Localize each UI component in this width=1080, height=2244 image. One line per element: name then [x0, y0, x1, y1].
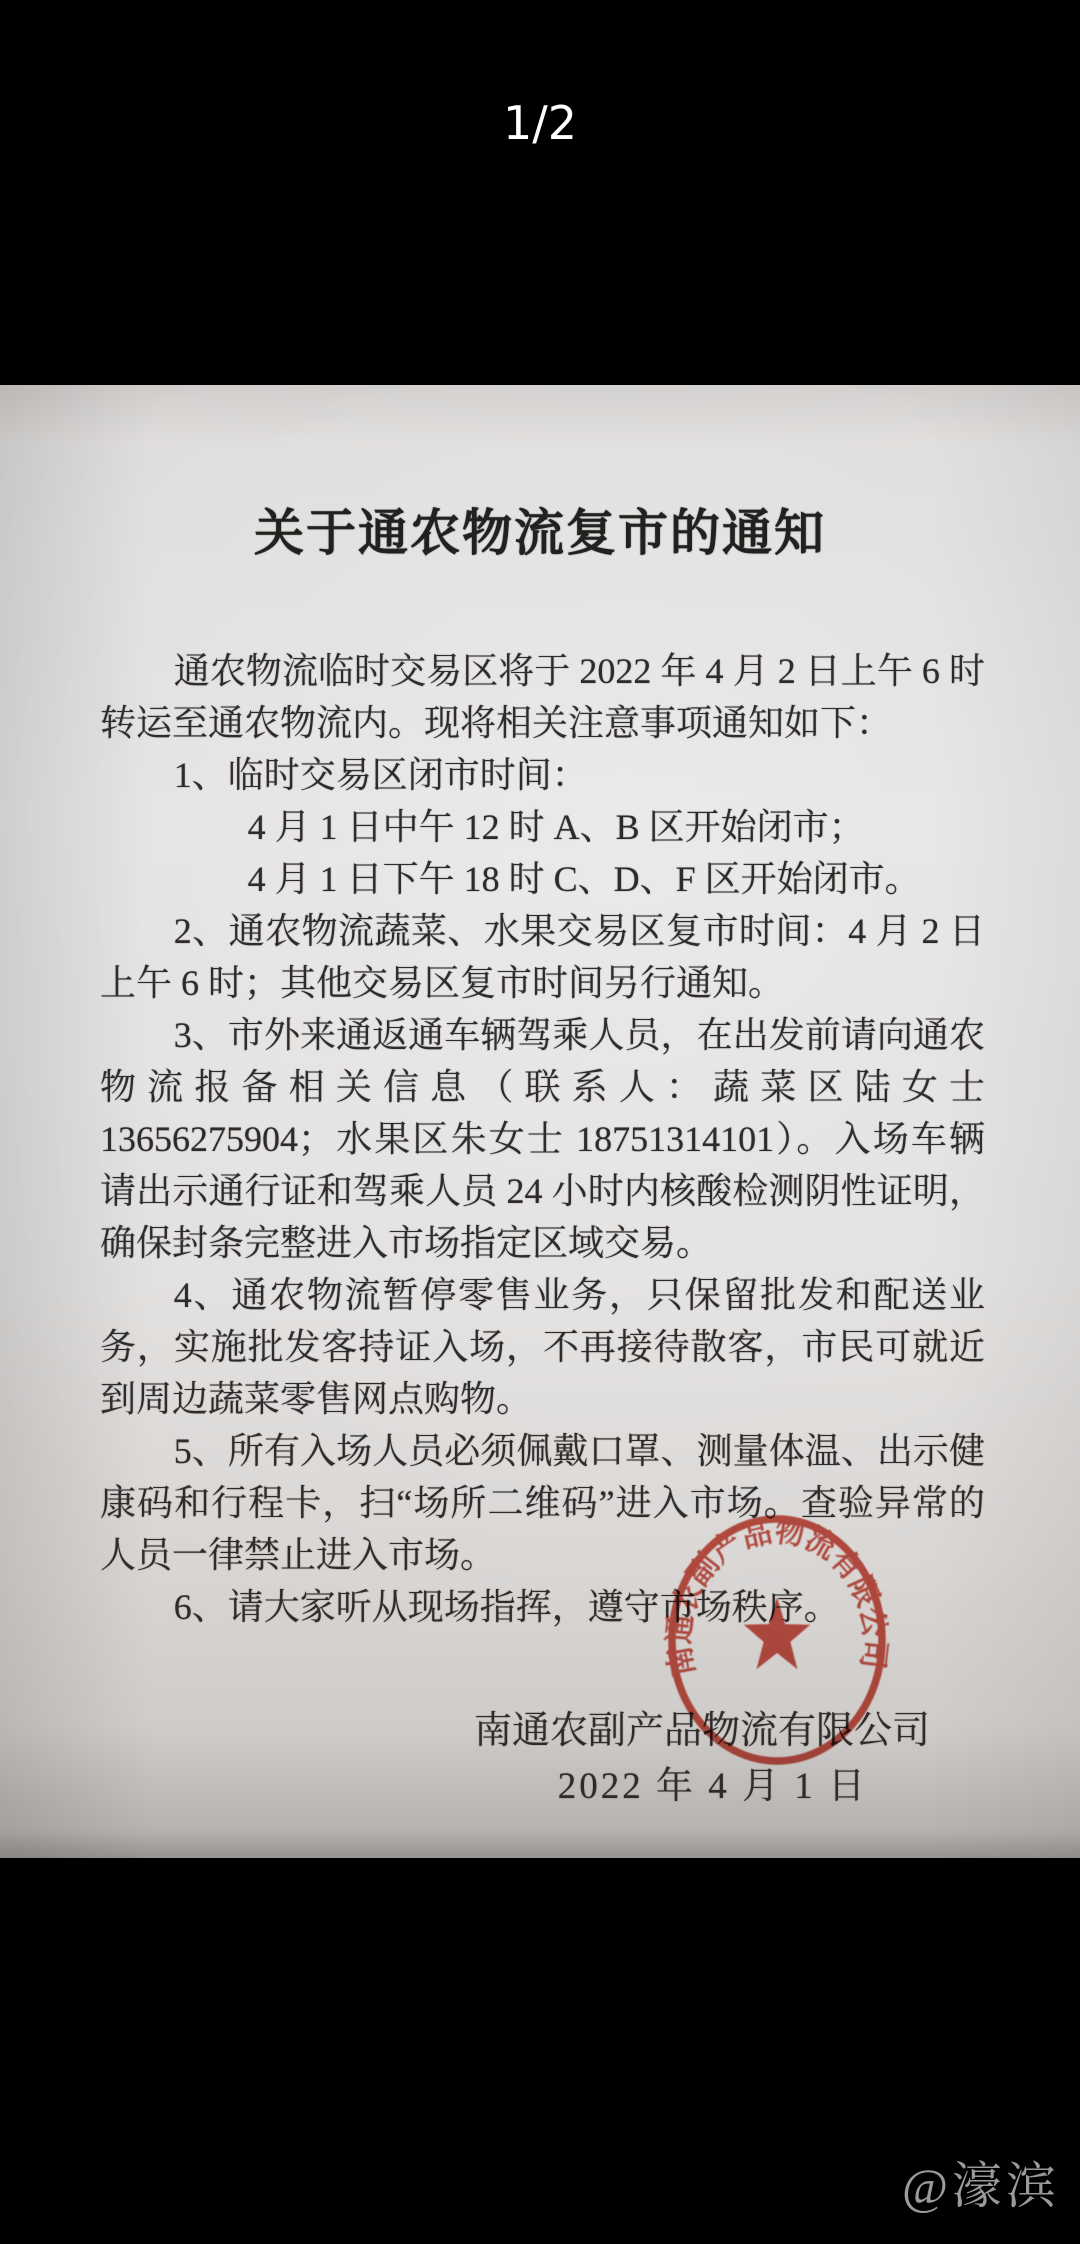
document-photo[interactable]: 关于通农物流复市的通知 通农物流临时交易区将于 2022 年 4 月 2 日上午… [0, 385, 1080, 1858]
notice-date: 2022 年 4 月 1 日 [0, 1761, 1080, 1813]
notice-paragraph: 4、通农物流暂停零售业务，只保留批发和配送业务，实施批发客持证入场，不再接待散客… [100, 1269, 985, 1425]
image-viewer: { "viewer": { "page_indicator": "1/2", "… [0, 0, 1080, 2244]
notice-paragraph: 1、临时交易区闭市时间： [100, 749, 985, 801]
notice-paragraph: 通农物流临时交易区将于 2022 年 4 月 2 日上午 6 时转运至通农物流内… [100, 645, 985, 749]
page-indicator: 1/2 [0, 96, 1080, 150]
company-seal: 南通农副产品物流有限公司 [657, 1505, 897, 1775]
company-signature: 南通农副产品物流有限公司 [0, 1705, 1080, 1757]
seal-star-icon [744, 1597, 810, 1669]
notice-paragraph: 4 月 1 日中午 12 时 A、B 区开始闭市； [100, 801, 985, 853]
notice-title: 关于通农物流复市的通知 [0, 493, 1080, 565]
notice-body: 通农物流临时交易区将于 2022 年 4 月 2 日上午 6 时转运至通农物流内… [100, 645, 985, 1633]
notice-paragraph: 2、通农物流蔬菜、水果交易区复市时间：4 月 2 日上午 6 时；其他交易区复市… [100, 905, 985, 1009]
watermark: @濠滨 [902, 2146, 1060, 2218]
notice-paragraph: 4 月 1 日下午 18 时 C、D、F 区开始闭市。 [100, 853, 985, 905]
seal-arc-text: 南通农副产品物流有限公司 [661, 1513, 893, 1679]
notice-paragraph: 3、市外来通返通车辆驾乘人员，在出发前请向通农物流报备相关信息（联系人：蔬菜区陆… [100, 1009, 985, 1269]
